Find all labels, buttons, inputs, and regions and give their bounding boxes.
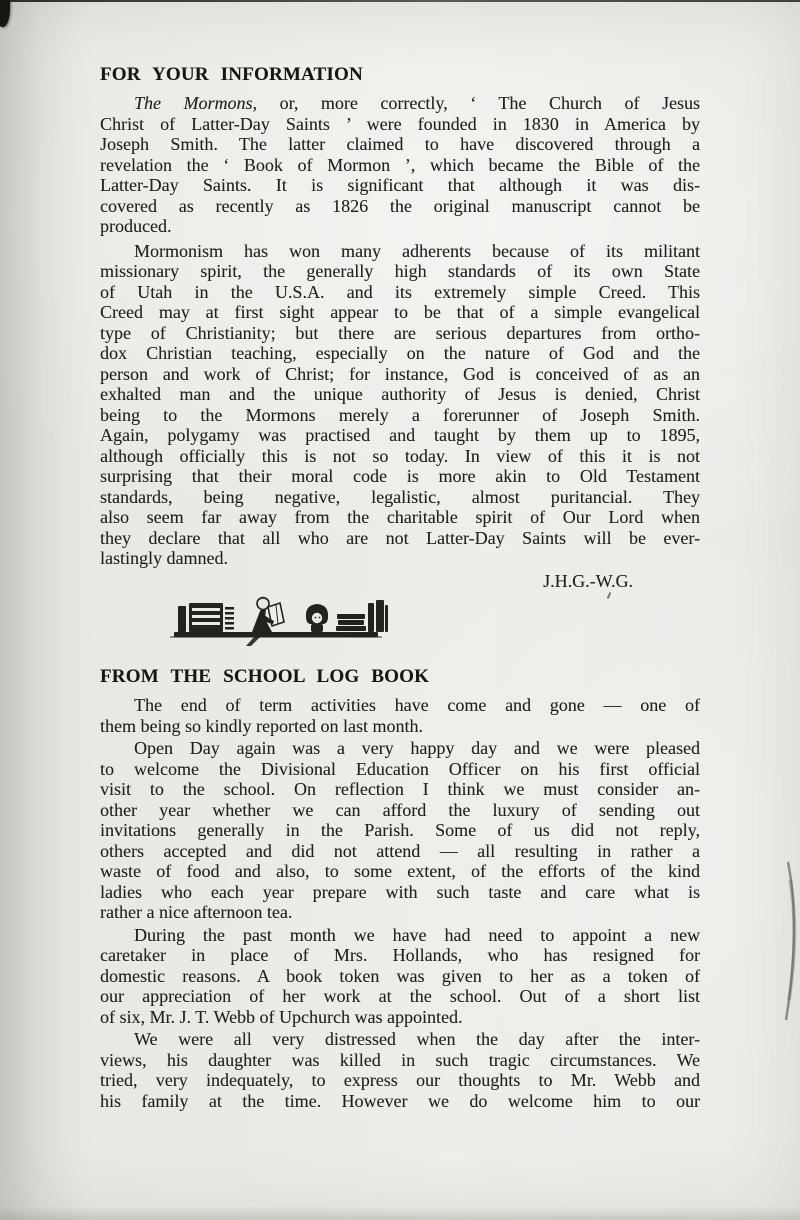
text-line: although officially this is not so today…: [100, 446, 700, 467]
text-line: of six, Mr. J. T. Webb of Upchurch was a…: [100, 1007, 700, 1028]
text-line: also seem far away from the charitable s…: [100, 507, 700, 528]
page-curl-shadow: [782, 860, 800, 1022]
text-line: his family at the time. However we do we…: [100, 1091, 700, 1112]
reading-books-illustration: [168, 594, 388, 646]
text-line: covered as recently as 1826 the original…: [100, 196, 700, 217]
text-line: Latter-Day Saints. It is significant tha…: [100, 175, 700, 196]
text-line: surprising that their moral code is more…: [100, 466, 700, 487]
text-line: Christ of Latter-Day Saints ’ were found…: [100, 114, 700, 135]
text-line: caretaker in place of Mrs. Hollands, who…: [100, 945, 700, 966]
text-line: domestic reasons. A book token was given…: [100, 966, 700, 987]
text-line: exhalted man and the unique authority of…: [100, 384, 700, 405]
bottom-edge-shadow: [0, 1206, 800, 1220]
text-line: standards, being negative, legalistic, a…: [100, 487, 700, 508]
paragraph-mormons-founding: The Mormons, or, more correctly, ‘ The C…: [100, 93, 700, 237]
text-line: our appreciation of her work at the scho…: [100, 986, 700, 1007]
scanned-magazine-page: FOR YOUR INFORMATION The Mormons, or, mo…: [0, 0, 800, 1220]
text-line: type of Christianity; but there are seri…: [100, 323, 700, 344]
text-line: ladies who each year prepare with such t…: [100, 882, 700, 903]
text-line: tried, very indequately, to express our …: [100, 1070, 700, 1091]
paragraph-new-caretaker: During the past month we have had need t…: [100, 925, 700, 1028]
books-and-readers-vignette-icon: [168, 594, 388, 646]
text-line: views, his daughter was killed in such t…: [100, 1050, 700, 1071]
text-line: Joseph Smith. The latter claimed to have…: [100, 134, 700, 155]
text-line: lastingly damned.: [100, 548, 700, 569]
author-initials: J.H.G.-W.G.: [100, 571, 700, 592]
text-line: other year whether we can afford the lux…: [100, 800, 700, 821]
text-line: Creed may at first sight appear to be th…: [100, 302, 700, 323]
paragraph-mormonism-adherents: Mormonism has won many adherents because…: [100, 241, 700, 569]
text-line: Mormonism has won many adherents because…: [100, 241, 700, 262]
text-line: dox Christian teaching, especially on th…: [100, 343, 700, 364]
paragraph-open-day: Open Day again was a very happy day and …: [100, 738, 700, 923]
text-line: invitations generally in the Parish. Som…: [100, 820, 700, 841]
section-heading-school-log-book: FROM THE SCHOOL LOG BOOK: [100, 666, 700, 688]
text-line: revelation the ‘ Book of Mormon ’, which…: [100, 155, 700, 176]
text-line: During the past month we have had need t…: [100, 925, 700, 946]
text-line: others accepted and did not attend — all…: [100, 841, 700, 862]
text-line: of Utah in the U.S.A. and its extremely …: [100, 282, 700, 303]
text-line: waste of food and also, to some extent, …: [100, 861, 700, 882]
text-line: to welcome the Divisional Education Offi…: [100, 759, 700, 780]
text-line: Open Day again was a very happy day and …: [100, 738, 700, 759]
text-line: being to the Mormons merely a forerunner…: [100, 405, 700, 426]
text-line: missionary spirit, the generally high st…: [100, 261, 700, 282]
paragraph-end-of-term: The end of term activities have come and…: [100, 695, 700, 736]
text-line: visit to the school. On reflection I thi…: [100, 779, 700, 800]
section-heading-for-your-information: FOR YOUR INFORMATION: [100, 64, 700, 86]
text-line: rather a nice afternoon tea.: [100, 902, 700, 923]
page-curl-arc: [782, 860, 800, 1022]
text-line: The end of term activities have come and…: [100, 695, 700, 716]
text-line: The Mormons, or, more correctly, ‘ The C…: [100, 93, 700, 114]
left-gutter-shadow: [0, 0, 95, 1220]
page-text-block: FOR YOUR INFORMATION The Mormons, or, mo…: [100, 0, 700, 1111]
text-line: We were all very distressed when the day…: [100, 1029, 700, 1050]
text-line: person and work of Christ; for instance,…: [100, 364, 700, 385]
text-line: Again, polygamy was practised and taught…: [100, 425, 700, 446]
paragraph-webb-condolence: We were all very distressed when the day…: [100, 1029, 700, 1111]
text-line: produced.: [100, 216, 700, 237]
text-line: they declare that all who are not Latter…: [100, 528, 700, 549]
text-line: them being so kindly reported on last mo…: [100, 716, 700, 737]
